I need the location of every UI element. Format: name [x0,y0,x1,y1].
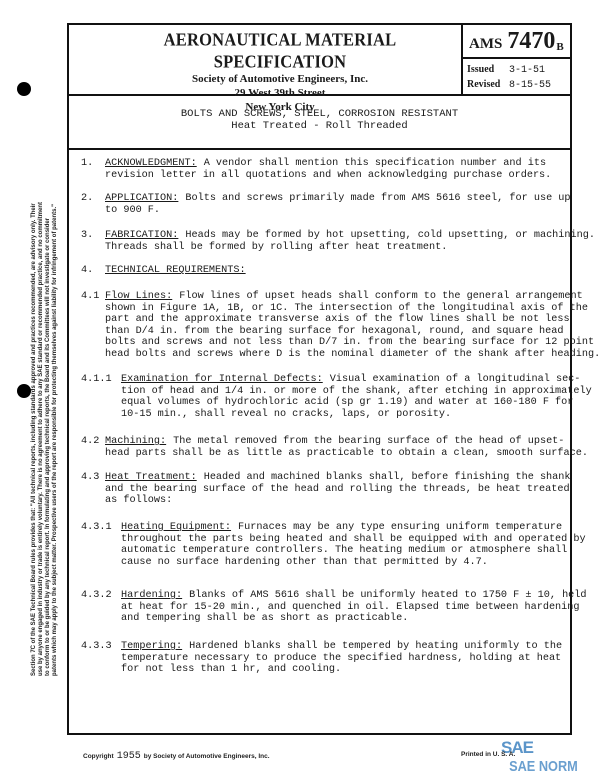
section-text: The metal removed from the bearing surfa… [173,436,564,447]
subject-title: BOLTS AND SCREWS, STEEL, CORROSION RESIS… [69,108,570,120]
ams-number-box: AMS 7470 B [463,25,570,59]
section-text: Bolts and screws primarily made from AMS… [185,193,570,204]
section-text: Headed and machined blanks shall, before… [204,472,571,483]
disclaimer-line: use by anyone engaged in industry or tra… [38,96,45,676]
section-text: and tempering shall be as short as pract… [121,613,587,625]
header-title-block: AERONAUTICAL MATERIAL SPECIFICATION Soci… [69,25,463,94]
sae-norm-watermark: SAESAE NORM INTERNATIONAL ———————— STAND… [501,738,600,774]
section-text: part and the approximate transverse axis… [105,314,600,326]
copyright-prefix: Copyright [83,753,114,760]
section-heading: Heat Treatment: [105,472,197,483]
section-text: cause no surface hardening other than th… [121,557,586,569]
copyright-suffix: by Society of Automotive Engineers, Inc. [144,753,270,760]
section-text: and the bearing surface of the head and … [105,484,571,496]
section-heading: Flow Lines: [105,291,172,302]
org-name: Society of Automotive Engineers, Inc. [69,73,461,85]
section-heading: Heating Equipment: [121,522,231,533]
section-text: Hardened blanks shall be tempered by hea… [189,641,562,652]
section-heading: Tempering: [121,641,182,652]
subject-subtitle: Heat Treated - Roll Threaded [69,120,570,132]
section-heading: Examination for Internal Defects: [121,374,323,385]
section-text: Heads may be formed by hot upsetting, co… [185,230,595,241]
section-text: head parts shall be as little as practic… [105,448,588,460]
document-title: AERONAUTICAL MATERIAL SPECIFICATION [69,29,461,73]
section-number: 4.3.2 [81,590,112,602]
section-number: 4.3.3 [81,641,112,653]
copyright-notice: Copyright1955by Society of Automotive En… [83,751,270,762]
binder-hole-top [17,82,31,96]
section-text: at heat for 15-20 min., and quenched in … [121,602,587,614]
section-number: 4.2 [81,436,99,448]
copyright-year: 1955 [117,751,141,762]
section-number: 4.1.1 [81,374,112,386]
section-number: 4.3 [81,472,99,484]
section-text: revision letter in all quotations and wh… [105,170,551,182]
disclaimer-line: patents which may apply to the subject m… [52,96,59,676]
section-heading: FABRICATION: [105,230,178,241]
section-text: Threads shall be formed by rolling after… [105,242,595,254]
section-text: A vendor shall mention this specificatio… [204,158,546,169]
section-text: than D/4 in. from the bearing surface fo… [105,326,600,338]
disclaimer-line: Section 7C of the SAE Technical Board ru… [31,96,38,676]
ams-revision: B [556,41,563,53]
section-number: 4.1 [81,291,99,303]
section-text: for not less than 1 hr, and cooling. [121,664,562,676]
section-text: temperature necessary to produce the spe… [121,653,562,665]
section-heading: Hardening: [121,590,182,601]
section-text: tion of head and 1/4 in. or more of the … [121,386,592,398]
header-spec-block: AMS 7470 B Issued 3-1-51 Revised 8-15-55 [463,25,570,94]
section-text: as follows: [105,495,571,507]
section-text: Flow lines of upset heads shall conform … [179,291,583,302]
binder-hole-bottom [17,384,31,398]
revised-label: Revised [467,78,503,92]
ams-prefix: AMS [469,36,502,53]
section-text: equal volumes of hydrochloric acid (sp g… [121,397,592,409]
section-text: 10-15 min., shall reveal no cracks, laps… [121,409,592,421]
section-number: 4.3.1 [81,522,112,534]
section-heading: TECHNICAL REQUIREMENTS: [105,265,246,276]
section-text: Furnaces may be any type ensuring unifor… [238,522,562,533]
disclaimer-line: to conform to or be guided by any techni… [45,96,52,676]
ams-number: 7470 [507,29,555,53]
section-number: 3. [81,230,93,242]
dates-block: Issued 3-1-51 Revised 8-15-55 [463,59,570,93]
section-text: shown in Figure 1A, 1B, or 1C. The inter… [105,303,600,315]
margin-disclaimer: Section 7C of the SAE Technical Board ru… [30,96,60,676]
section-text: Visual examination of a longitudinal sec… [330,374,581,385]
issued-label: Issued [467,63,503,77]
section-number: 2. [81,193,93,205]
specification-page: AERONAUTICAL MATERIAL SPECIFICATION Soci… [67,23,572,735]
section-text: automatic temperature controllers. The h… [121,545,586,557]
revised-date: 8-15-55 [509,80,551,91]
section-heading: Machining: [105,436,166,447]
section-heading: APPLICATION: [105,193,178,204]
issued-date: 3-1-51 [509,65,545,76]
section-heading: ACKNOWLEDGMENT: [105,158,197,169]
printed-notice: Printed in U. S. A. [461,751,515,758]
subject-block: BOLTS AND SCREWS, STEEL, CORROSION RESIS… [69,96,570,150]
section-number: 1. [81,158,93,170]
section-text: head bolts and screws where D is the nom… [105,349,600,361]
section-text: throughout the parts being heated and sh… [121,534,586,546]
header: AERONAUTICAL MATERIAL SPECIFICATION Soci… [69,25,570,96]
watermark-text: SAE NORM [509,758,578,774]
section-text: Blanks of AMS 5616 shall be uniformly he… [189,590,586,601]
section-number: 4. [81,265,93,277]
section-text: to 900 F. [105,205,571,217]
section-text: bolts and screws and not less than D/7 i… [105,337,600,349]
